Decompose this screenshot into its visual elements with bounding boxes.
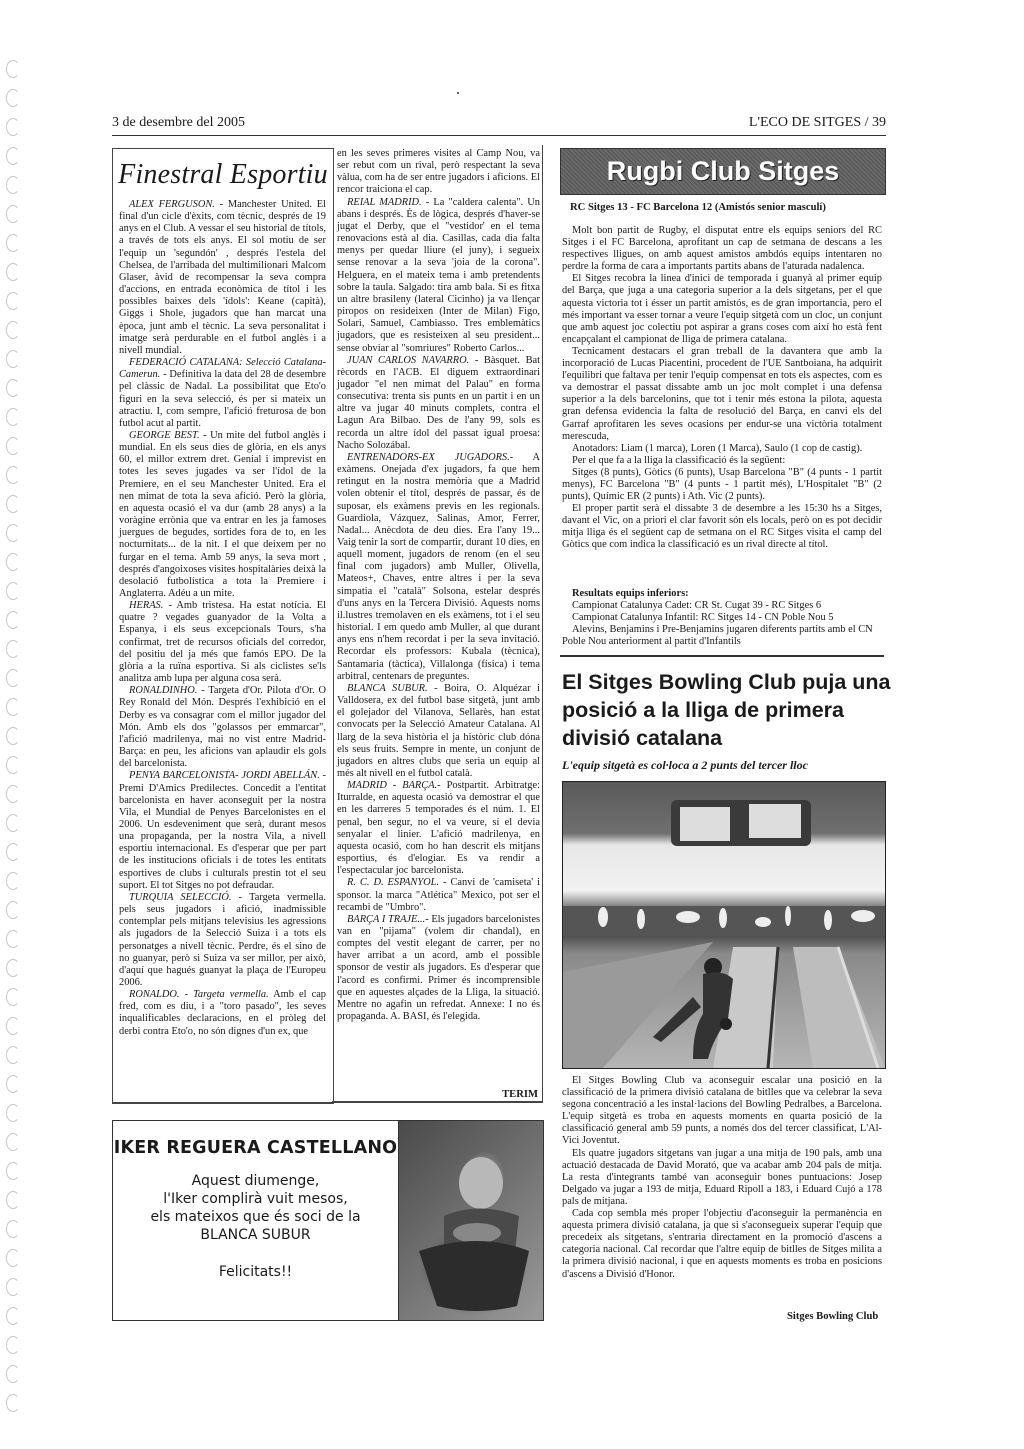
paragraph: MADRID - BARÇA.- Postpartit. Arbitratge:…: [337, 780, 540, 877]
binder-hole: [6, 350, 20, 368]
paragraph: El Sitges recobra la linea d'inici de te…: [562, 273, 882, 346]
paragraph: Cada cop sembla més proper l'objectiu d'…: [562, 1208, 882, 1281]
binder-hole: [6, 147, 20, 165]
binder-hole: [6, 785, 20, 803]
binder-hole: [6, 408, 20, 426]
paragraph-text: - Targeta vermella. pels seus jugadors i…: [119, 892, 326, 988]
baby-photo: [398, 1121, 543, 1320]
section-title: Finestral Esportiu: [113, 159, 333, 191]
issue-date: 3 de desembre del 2005: [112, 115, 245, 131]
binder-hole: [6, 611, 20, 629]
paragraph: FEDERACIÓ CATALANA: Selecció Catalana-Ca…: [119, 357, 326, 430]
paragraph-text: - Boira, O. Alquézar i Valldosera, ex de…: [337, 683, 540, 779]
paragraph-lead: R. C. D. ESPANYOL.: [347, 877, 439, 888]
binder-hole: [6, 1249, 20, 1267]
announcement-line: els mateixos que és soci de la: [113, 1208, 398, 1226]
binder-hole: [6, 669, 20, 687]
binder-hole: [6, 466, 20, 484]
binder-hole: [6, 930, 20, 948]
bowling-alley-photo: [562, 781, 886, 1069]
paragraph-text: en les seves primeres visites al Camp No…: [337, 148, 540, 195]
announcement-line: Aquest diumenge,: [113, 1172, 398, 1190]
paragraph: GEORGE BEST. - Un mite del futbol anglès…: [119, 430, 326, 600]
binder-hole: [6, 495, 20, 513]
paragraph: Campionat Catalunya Infantil: RC Sitges …: [562, 612, 882, 624]
binder-hole: [6, 89, 20, 107]
paragraph-lead: RONALDINHO.: [129, 685, 197, 696]
paragraph-text: - Amb tristesa. Ha estat notícia. El qua…: [119, 600, 326, 684]
paragraph: Alevins, Benjamins i Pre-Benjamins jugar…: [562, 624, 882, 648]
paragraph: RONALDINHO. - Targeta d'Or. Pilota d'Or.…: [119, 685, 326, 770]
publication-page: L'ECO DE SITGES / 39: [749, 115, 886, 131]
announcement-text: IKER REGUERA CASTELLANO Aquest diumenge,…: [113, 1121, 398, 1320]
paragraph-lead: BLANCA SUBUR.: [347, 683, 428, 694]
paragraph: Sitges (8 punts), Gòtics (6 punts), Usap…: [562, 467, 882, 503]
paragraph: Campionat Catalunya Cadet: CR St. Cugat …: [562, 600, 882, 612]
finestral-column-1: ALEX FERGUSON. - Manchester United. El f…: [119, 199, 326, 1038]
paragraph-lead: GEORGE BEST.: [129, 430, 200, 441]
announcement-line: BLANCA SUBUR: [113, 1226, 398, 1244]
binder-hole: [6, 1104, 20, 1122]
paragraph-lead: MADRID - BARÇA.: [347, 780, 437, 791]
binder-hole: [6, 292, 20, 310]
paragraph: Anotadors: Liam (1 marca), Loren (1 Marc…: [562, 443, 882, 455]
binder-hole: [6, 1365, 20, 1383]
binder-hole: [6, 1394, 20, 1412]
page-header: 3 de desembre del 2005 L'ECO DE SITGES /…: [112, 115, 886, 136]
binder-hole: [6, 1278, 20, 1296]
paragraph: TURQUIA SELECCIÓ. - Targeta vermella. pe…: [119, 892, 326, 989]
announcement-line: l'Iker complirà vuit mesos,: [113, 1190, 398, 1208]
rugby-banner-title: Rugbi Club Sitges: [561, 149, 885, 194]
binder-hole: [6, 1046, 20, 1064]
paragraph: El Sitges Bowling Club va aconseguir esc…: [562, 1075, 882, 1148]
paragraph: REIAL MADRID. - La "caldera calenta". Un…: [337, 197, 540, 355]
binder-hole: [6, 176, 20, 194]
binder-hole: [6, 901, 20, 919]
binder-hole: [6, 379, 20, 397]
paragraph-text: - Els jugadors barcelonistes van en "pij…: [337, 914, 540, 1022]
paragraph: Els quatre jugadors sitgetans van jugar …: [562, 1148, 882, 1208]
binder-hole: [6, 1017, 20, 1035]
finestral-esportiu-box: Finestral Esportiu ALEX FERGUSON. - Manc…: [112, 148, 334, 1104]
rugby-banner: Rugbi Club Sitges: [560, 148, 886, 195]
binder-hole: [6, 263, 20, 281]
binder-hole: [6, 118, 20, 136]
rugby-lower-results: Resultats equips inferiors: Campionat Ca…: [562, 588, 882, 648]
paragraph: ENTRENADORS-EX JUGADORS.- A exàmens. One…: [337, 452, 540, 683]
binder-hole: [6, 1075, 20, 1093]
bowling-photo-illustration: [563, 782, 885, 1068]
binder-hole: [6, 843, 20, 861]
announcement-message: Aquest diumenge,l'Iker complirà vuit mes…: [113, 1172, 398, 1244]
paragraph-lead: TURQUIA SELECCIÓ.: [129, 892, 232, 903]
paragraph-text: - Un mite del futbol anglès i mundial. E…: [119, 430, 326, 599]
binder-hole: [6, 756, 20, 774]
binder-hole: [6, 437, 20, 455]
paragraph: HERAS. - Amb tristesa. Ha estat notícia.…: [119, 600, 326, 685]
paragraph: PENYA BARCELONISTA- JORDI ABELLÁN. - Pre…: [119, 770, 326, 892]
paragraph-lead: RONALDO. - Targeta vermella.: [129, 989, 269, 1000]
paragraph: Per el que fa a la lliga la classificaci…: [562, 455, 882, 467]
results-title: Resultats equips inferiors:: [562, 588, 882, 600]
bowling-subheadline: L'equip sitgetà es col·loca a 2 punts de…: [562, 758, 808, 773]
finestral-esportiu-box-continued: en les seves primeres visites al Camp No…: [332, 145, 543, 1103]
announcement-name: IKER REGUERA CASTELLANO: [113, 1138, 398, 1158]
paragraph-lead: BARÇA I TRAJE...: [347, 914, 425, 925]
paragraph: JUAN CARLOS NAVARRO. - Bàsquet. Bat rèco…: [337, 355, 540, 452]
binder-holes: [0, 40, 26, 1440]
paragraph-text: - Postpartit. Arbitratge: Iturralde, en …: [337, 780, 540, 876]
binder-hole: [6, 727, 20, 745]
binder-hole: [6, 872, 20, 890]
paragraph: R. C. D. ESPANYOL. - Canvi de 'camiseta'…: [337, 877, 540, 913]
scan-speck: [457, 92, 459, 94]
paragraph: BARÇA I TRAJE...- Els jugadors barceloni…: [337, 914, 540, 1023]
binder-hole: [6, 205, 20, 223]
paragraph-text: - A exàmens. Onejada d'ex jugadors, fa q…: [337, 452, 540, 682]
binder-hole: [6, 524, 20, 542]
binder-hole: [6, 1307, 20, 1325]
bowling-article-body: El Sitges Bowling Club va aconseguir esc…: [562, 1075, 882, 1281]
paragraph-lead: PENYA BARCELONISTA- JORDI ABELLÁN.: [129, 770, 320, 781]
binder-hole: [6, 640, 20, 658]
bowling-headline: El Sitges Bowling Club puja una posició …: [562, 668, 892, 752]
baby-photo-illustration: [399, 1121, 543, 1320]
binder-hole: [6, 321, 20, 339]
announcement-closing: Felicitats!!: [113, 1264, 398, 1280]
paragraph: RONALDO. - Targeta vermella. Amb el cap …: [119, 989, 326, 1038]
paragraph-lead: HERAS.: [129, 600, 163, 611]
paragraph: Tecnicament destacars el gran treball de…: [562, 346, 882, 443]
paragraph-text: - Manchester United. El final d'un cicle…: [119, 199, 326, 356]
paragraph: ALEX FERGUSON. - Manchester United. El f…: [119, 199, 326, 357]
binder-hole: [6, 1191, 20, 1209]
binder-hole: [6, 1220, 20, 1238]
binder-hole: [6, 814, 20, 832]
author-signature: TERIM: [502, 1089, 538, 1100]
binder-hole: [6, 698, 20, 716]
paragraph: El proper partit serà el dissabte 3 de d…: [562, 503, 882, 551]
paragraph-lead: REIAL MADRID.: [347, 197, 422, 208]
binder-hole: [6, 582, 20, 600]
binder-hole: [6, 60, 20, 78]
paragraph-text: - Premi D'Amics Predilectes. Concedit a …: [119, 770, 326, 890]
binder-hole: [6, 988, 20, 1006]
paragraph-lead: ALEX FERGUSON.: [129, 199, 215, 210]
binder-hole: [6, 553, 20, 571]
paragraph-text: - Targeta d'Or. Pilota d'Or. O Rey Ronal…: [119, 685, 326, 769]
binder-hole: [6, 1336, 20, 1354]
rugby-match-result: RC Sitges 13 - FC Barcelona 12 (Amistós …: [570, 202, 826, 213]
finestral-column-2: en les seves primeres visites al Camp No…: [337, 148, 540, 1023]
paragraph-text: - La "caldera calenta". Un abans i despr…: [337, 197, 540, 354]
paragraph: BLANCA SUBUR. - Boira, O. Alquézar i Val…: [337, 683, 540, 780]
paragraph-lead: ENTRENADORS-EX JUGADORS.: [347, 452, 510, 463]
paragraph-text: - Bàsquet. Bat rècords en l'ACB. El digu…: [337, 355, 540, 451]
section-divider: [560, 655, 884, 657]
bowling-signature: Sitges Bowling Club: [787, 1311, 878, 1322]
binder-hole: [6, 1162, 20, 1180]
binder-hole: [6, 1133, 20, 1151]
paragraph: Molt bon partit de Rugby, el disputat en…: [562, 225, 882, 273]
birthday-announcement: IKER REGUERA CASTELLANO Aquest diumenge,…: [112, 1120, 544, 1321]
paragraph-lead: JUAN CARLOS NAVARRO.: [347, 355, 469, 366]
rugby-article-body: Molt bon partit de Rugby, el disputat en…: [562, 225, 882, 552]
binder-hole: [6, 959, 20, 977]
binder-hole: [6, 234, 20, 252]
paragraph: en les seves primeres visites al Camp No…: [337, 148, 540, 197]
